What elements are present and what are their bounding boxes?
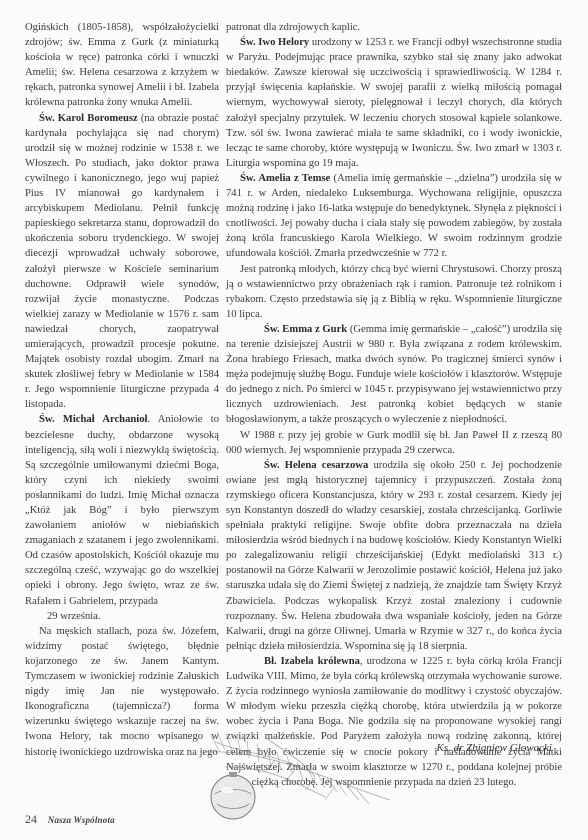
entry-title: Św. Michał Archanioł xyxy=(39,414,147,425)
christmas-bauble-pine-branch-icon xyxy=(205,722,395,832)
feast-date-line: 29 września. xyxy=(25,609,219,624)
magazine-page: Ogińskich (1805-1858), współzałożycielki… xyxy=(0,0,588,840)
right-column: patronat dla zdrojowych kaplic. Św. Iwo … xyxy=(226,20,562,790)
paragraph-text: W 1988 r. przy jej grobie w Gurk modlił … xyxy=(226,430,562,456)
paragraph-text: Ogińskich (1805-1858), współzałożycielki… xyxy=(25,22,219,108)
paragraph-amelia-patronage: Jest patronką młodych, którzy chcą być w… xyxy=(226,262,562,322)
entry-title: Św. Helena cesarzowa xyxy=(264,460,368,471)
entry-amelia-z-temse: Św. Amelia z Temse (Amelia imię germańsk… xyxy=(226,171,562,262)
paragraph-continuation: patronat dla zdrojowych kaplic. xyxy=(226,20,562,35)
entry-title: Św. Amelia z Temse xyxy=(240,173,330,184)
entry-title: Św. Iwo Helory xyxy=(240,37,309,48)
entry-text: . Aniołowie to bezcielesne duchy, obdarz… xyxy=(25,414,219,606)
entry-helena-cesarzowa: Św. Helena cesarzowa urodziła się około … xyxy=(226,458,562,654)
entry-title: Bł. Izabela królewna xyxy=(264,656,360,667)
paragraph-text: patronat dla zdrojowych kaplic. xyxy=(226,22,360,33)
paragraph-text: Jest patronką młodych, którzy chcą być w… xyxy=(226,264,562,320)
entry-karol-boromeusz: Św. Karol Boromeusz (na obrazie postać k… xyxy=(25,111,219,413)
entry-title: Św. Emma z Gurk xyxy=(264,324,347,335)
author-signature: Ks. dr Zbigniew Głowacki xyxy=(436,742,552,754)
paragraph-emma-1988: W 1988 r. przy jej grobie w Gurk modlił … xyxy=(226,428,562,458)
page-number: 24 xyxy=(25,812,37,826)
entry-emma-z-gurk: Św. Emma z Gurk (Gemma imię germańskie –… xyxy=(226,322,562,428)
entry-title: Św. Karol Boromeusz xyxy=(39,113,138,124)
entry-michal-archaniol: Św. Michał Archanioł. Aniołowie to bezci… xyxy=(25,412,219,608)
left-column: Ogińskich (1805-1858), współzałożycielki… xyxy=(25,20,219,760)
page-footer: 24 Nasza Wspólnota xyxy=(25,812,115,827)
paragraph-continuation: Ogińskich (1805-1858), współzałożycielki… xyxy=(25,20,219,111)
paragraph-stalle: Na męskich stallach, poza św. Józefem, w… xyxy=(25,624,219,760)
entry-text: (Amelia imię germańskie – „dzielna”) uro… xyxy=(226,173,562,259)
entry-text: (Gemma imię germańskie – „całość”) urodz… xyxy=(226,324,562,426)
entry-text: urodzony w 1253 r. we Francji odbył wsze… xyxy=(226,37,562,169)
magazine-name: Nasza Wspólnota xyxy=(48,815,115,825)
entry-text: (na obrazie postać kardynała pochylająca… xyxy=(25,113,219,411)
entry-iwo-helory: Św. Iwo Helory urodzony w 1253 r. we Fra… xyxy=(226,35,562,171)
paragraph-text: Na męskich stallach, poza św. Józefem, w… xyxy=(25,626,219,758)
feast-date: 29 września. xyxy=(47,611,101,622)
entry-text: urodziła się około 250 r. Jej pochodzeni… xyxy=(226,460,562,652)
